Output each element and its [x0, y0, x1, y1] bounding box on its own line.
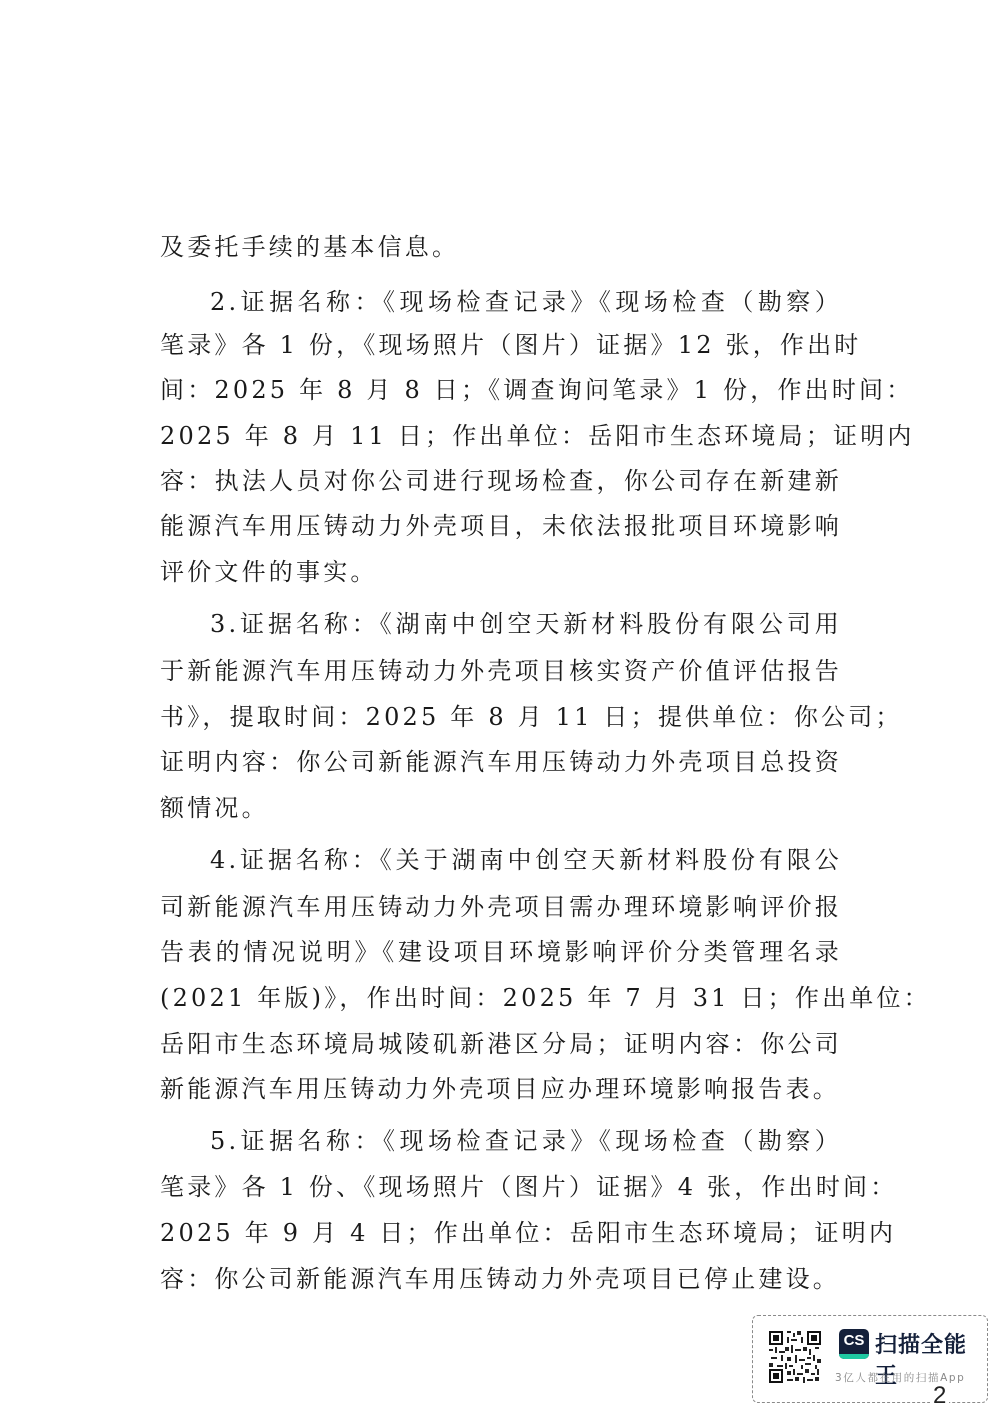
text-line: 新能源汽车用压铸动力外壳项目应办理环境影响报告表。 — [160, 1074, 842, 1104]
camscanner-watermark: CS 扫描全能王 3亿人都在用的扫描App — [752, 1315, 988, 1403]
text-line: 笔录》各 1 份，《现场照片（图片）证据》12 张，作出时 — [160, 330, 842, 360]
text-line: 告表的情况说明》《建设项目环境影响评价分类管理名录 — [160, 937, 842, 967]
logo-text: CS — [839, 1332, 869, 1349]
text-line: 2025 年 9 月 4 日；作出单位：岳阳市生态环境局；证明内 — [160, 1218, 842, 1248]
document-page: 及委托手续的基本信息。 2.证据名称：《现场检查记录》《现场检查（勘察） 笔录》… — [0, 0, 1000, 1415]
text-line: 证明内容：你公司新能源汽车用压铸动力外壳项目总投资 — [160, 747, 842, 777]
text-line: 额情况。 — [160, 793, 842, 823]
text-line: 及委托手续的基本信息。 — [160, 232, 842, 262]
text-line: 间：2025 年 8 月 8 日；《调查询问笔录》1 份，作出时间： — [160, 375, 842, 405]
text-line: 司新能源汽车用压铸动力外壳项目需办理环境影响评价报 — [160, 892, 842, 922]
text-line: 于新能源汽车用压铸动力外壳项目核实资产价值评估报告 — [160, 656, 842, 686]
evidence-3-heading: 3.证据名称：《湖南中创空天新材料股份有限公司用 — [210, 609, 842, 639]
qr-code-icon — [769, 1331, 821, 1383]
text-line: 书》，提取时间：2025 年 8 月 11 日；提供单位：你公司； — [160, 702, 842, 732]
evidence-2-heading: 2.证据名称：《现场检查记录》《现场检查（勘察） — [210, 287, 842, 317]
text-line: 岳阳市生态环境局城陵矶新港区分局；证明内容：你公司 — [160, 1029, 842, 1059]
evidence-4-heading: 4.证据名称：《关于湖南中创空天新材料股份有限公 — [210, 845, 842, 875]
text-line: 能源汽车用压铸动力外壳项目，未依法报批项目环境影响 — [160, 511, 842, 541]
text-line: 容：执法人员对你公司进行现场检查，你公司存在新建新 — [160, 466, 842, 496]
camscanner-logo-icon: CS — [839, 1329, 869, 1359]
evidence-5-heading: 5.证据名称：《现场检查记录》《现场检查（勘察） — [210, 1126, 842, 1156]
text-line: 容：你公司新能源汽车用压铸动力外壳项目已停止建设。 — [160, 1264, 842, 1294]
page-number: 2 — [930, 1383, 949, 1409]
text-line: 2025 年 8 月 11 日；作出单位：岳阳市生态环境局；证明内 — [160, 421, 842, 451]
text-line: (2021 年版)》，作出时间：2025 年 7 月 31 日；作出单位： — [160, 983, 842, 1013]
text-line: 笔录》各 1 份、《现场照片（图片）证据》4 张，作出时间： — [160, 1172, 842, 1202]
text-line: 评价文件的事实。 — [160, 557, 842, 587]
